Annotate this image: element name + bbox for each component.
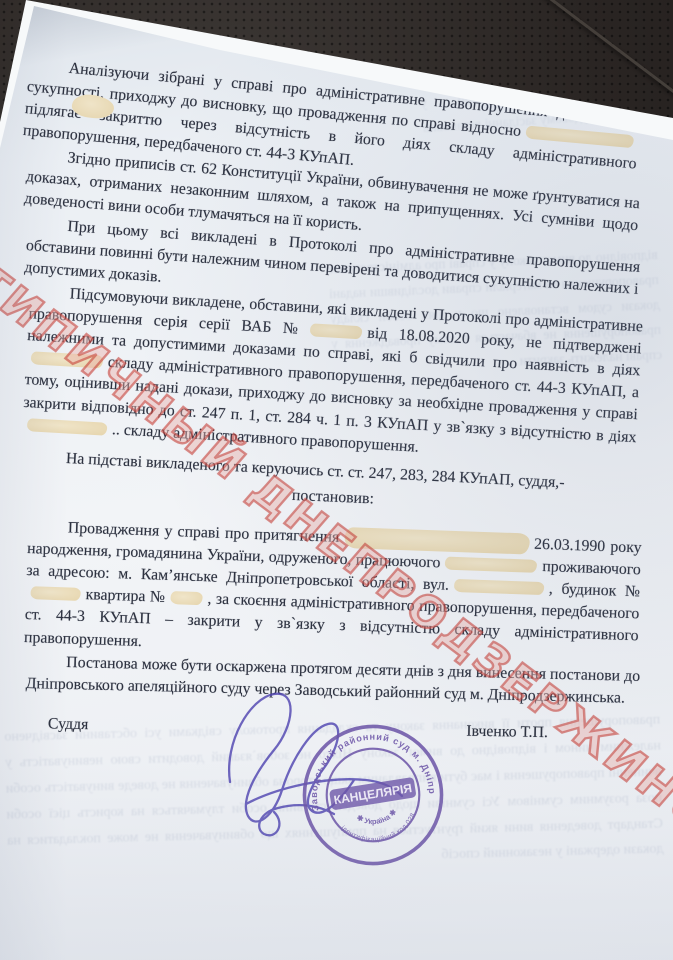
redaction-blob — [445, 557, 537, 573]
text-segment: , будинок № — [549, 581, 641, 601]
redaction-blob — [344, 527, 530, 554]
text-segment: квартира № — [85, 586, 165, 606]
redaction-blob — [310, 323, 363, 339]
judge-name: Івченко Т.П. — [466, 721, 548, 745]
paragraph-resolution: Провадження у справі про притягнення26.0… — [24, 516, 642, 670]
document-paper: матеріали справи про адміністративне пра… — [0, 0, 673, 960]
redaction-blob — [31, 352, 104, 369]
redaction-blob — [454, 579, 544, 595]
court-stamp: Заводський районний суд м. Дніпродзержин… — [271, 693, 475, 897]
redaction-blob — [27, 418, 108, 436]
stamp-code-text: ідентифікаційний код 02890771 — [271, 696, 420, 857]
redaction-blob — [30, 586, 80, 601]
document-text: Аналізуючи зібрані у справі про адмініст… — [26, 54, 640, 735]
photo-scene: матеріали справи про адміністративне пра… — [0, 0, 673, 960]
stamp-country-text: ✱ Україна ✱ — [354, 806, 400, 829]
judge-label: Суддя — [48, 713, 89, 736]
redaction-blob — [170, 591, 202, 605]
